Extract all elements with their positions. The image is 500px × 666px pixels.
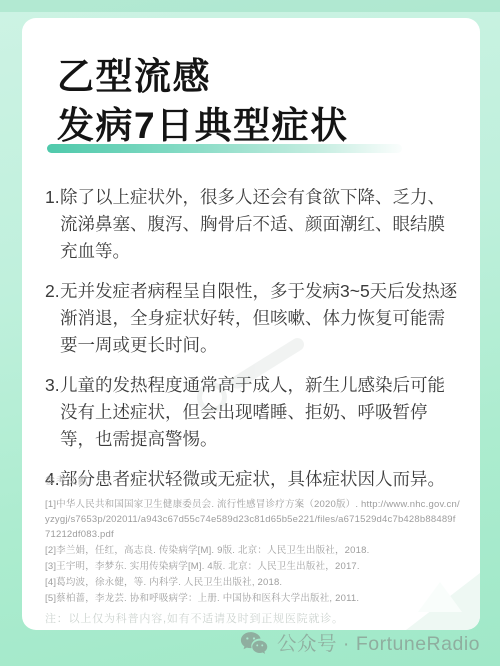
symptom-list: 1. 除了以上症状外，很多人还会有食欲下降、乏力、流涕鼻塞、腹泻、胸骨后不适、颜… (45, 184, 461, 506)
list-item-text: 除了以上症状外，很多人还会有食欲下降、乏力、流涕鼻塞、腹泻、胸骨后不适、颜面潮红… (60, 184, 461, 265)
page-title: 乙型流感 发病7日典型症状 (57, 52, 349, 150)
title-line-1: 乙型流感 (57, 52, 349, 101)
disclaimer-note: 注：以上仅为科普内容,如有不适请及时到正规医院就诊。 (45, 610, 344, 626)
reference-item: [4]葛均波，徐永健，等. 内科学. 人民卫生出版社, 2018. (45, 575, 461, 590)
list-item: 2. 无并发症者病程呈自限性，多于发病3~5天后发热逐渐消退，全身症状好转，但咳… (45, 278, 461, 359)
list-item-text: 无并发症者病程呈自限性，多于发病3~5天后发热逐渐消退，全身症状好转，但咳嗽、体… (60, 278, 461, 359)
wechat-icon (240, 631, 268, 654)
content-card: 乙型流感 发病7日典型症状 1. 除了以上症状外，很多人还会有食欲下降、乏力、流… (22, 18, 480, 630)
references-label: 参考文献 (45, 472, 461, 487)
list-item-number: 3. (45, 372, 60, 453)
reference-item: [2]李兰娟，任红，高志良. 传染病学[M]. 9版. 北京：人民卫生出版社，2… (45, 543, 461, 558)
title-line-2: 发病7日典型症状 (57, 101, 349, 150)
list-item: 3. 儿童的发热程度通常高于成人，新生儿感染后可能没有上述症状，但会出现嗜睡、拒… (45, 372, 461, 453)
poster-background: 乙型流感 发病7日典型症状 1. 除了以上症状外，很多人还会有食欲下降、乏力、流… (0, 0, 500, 666)
wechat-footer: 公众号 · FortuneRadio (240, 628, 480, 656)
list-item-number: 1. (45, 184, 60, 265)
wechat-account-label: 公众号 · FortuneRadio (277, 628, 480, 656)
title-line-1-text: 乙型流感 (57, 56, 211, 97)
reference-item: [1]中华人民共和国国家卫生健康委员会. 流行性感冒诊疗方案（2020版）. h… (45, 497, 461, 542)
title-line-2-text: 发病7日典型症状 (57, 105, 349, 146)
reference-item: [3]王宇明，李梦东. 实用传染病学[M]. 4版. 北京：人民卫生出版社，20… (45, 559, 461, 574)
list-item: 1. 除了以上症状外，很多人还会有食欲下降、乏力、流涕鼻塞、腹泻、胸骨后不适、颜… (45, 184, 461, 265)
reference-item: [5]蔡柏蔷，李龙芸. 协和呼吸病学：上册. 中国协和医科大学出版社, 2011… (45, 591, 461, 606)
list-item-number: 2. (45, 278, 60, 359)
references-section: 参考文献 [1]中华人民共和国国家卫生健康委员会. 流行性感冒诊疗方案（2020… (45, 472, 461, 607)
list-item-text: 儿童的发热程度通常高于成人，新生儿感染后可能没有上述症状，但会出现嗜睡、拒奶、呼… (60, 372, 461, 453)
